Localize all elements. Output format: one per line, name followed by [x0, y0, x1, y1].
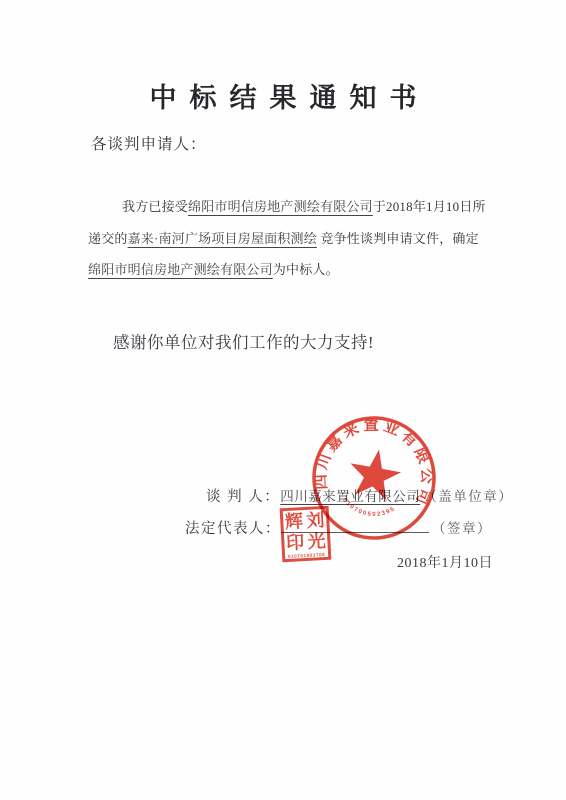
seal-serial-number: 510700502395 — [339, 497, 397, 523]
negotiator-label: 谈 判 人： — [206, 489, 280, 505]
personal-name-seal-stamp: 辉 刘 印 光 510701903708 — [280, 506, 332, 562]
seal-char: 刘 — [306, 511, 325, 530]
representative-note: （签章） — [432, 521, 492, 536]
document-title: 中标结果通知书 — [0, 82, 566, 114]
seal-star-icon — [345, 445, 404, 502]
paragraph-line: 绵阳市明信房地产测绘有限公司为中标人。 — [88, 254, 492, 286]
svg-text:510700502395: 510700502395 — [339, 497, 397, 523]
personal-seal-serial: 510701903708 — [285, 552, 328, 559]
body-text: 于2018年1月10日所 — [373, 199, 486, 214]
underlined-company-name: 绵阳市明信房地产测绘有限公司 — [88, 262, 273, 277]
body-text: 我方已接受 — [122, 199, 188, 214]
seal-char: 印 — [286, 533, 305, 552]
body-text: 递交的 — [88, 231, 128, 246]
document-date: 2018年1月10日 — [397, 552, 493, 572]
body-text: 为中标人。 — [273, 262, 339, 277]
thanks-line: 感谢你单位对我们工作的大力支持! — [113, 329, 374, 353]
body-paragraph: 我方已接受绵阳市明信房地产测绘有限公司于2018年1月10日所 递交的嘉来·南河… — [88, 191, 492, 286]
seal-char: 光 — [307, 532, 326, 551]
body-text: 竞争性谈判申请文件，确定 — [317, 231, 479, 246]
salutation: 各谈判申请人： — [91, 132, 207, 154]
paragraph-line: 我方已接受绵阳市明信房地产测绘有限公司于2018年1月10日所 — [88, 191, 492, 223]
representative-label: 法定代表人： — [185, 521, 281, 537]
scanned-document-page: 中标结果通知书 各谈判申请人： 我方已接受绵阳市明信房地产测绘有限公司于2018… — [0, 0, 566, 800]
seal-char: 辉 — [285, 512, 304, 531]
paragraph-line: 递交的嘉来·南河广场项目房屋面积测绘 竞争性谈判申请文件，确定 — [88, 223, 492, 255]
underlined-project-name: 嘉来·南河广场项目房屋面积测绘 — [128, 231, 317, 246]
underlined-company-name: 绵阳市明信房地产测绘有限公司 — [188, 199, 373, 214]
